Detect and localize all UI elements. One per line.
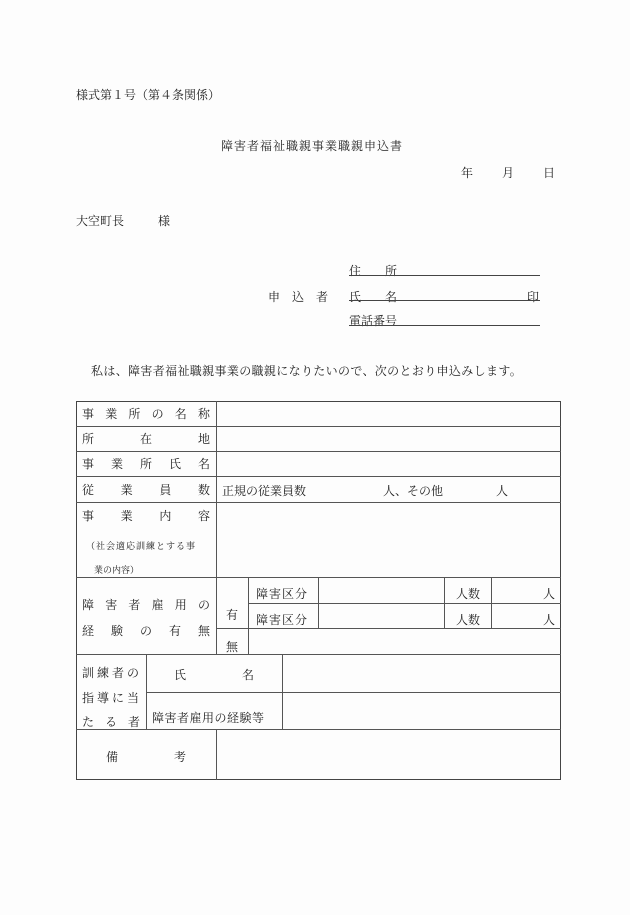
applicant-label: 申 込 者 [268,288,328,305]
trainer-experience-label: 障害者雇用の経験等 [152,709,265,726]
office-owner-label: 事業所氏名 [82,451,210,476]
regular-employees-field[interactable] [320,480,380,498]
document-title: 障害者福祉職親事業職親申込書 [221,137,403,154]
headcount-field-2[interactable] [492,604,542,628]
regular-employees-label: 正規の従業員数 [222,482,306,499]
applicant-address-label: 住 所 [349,262,397,279]
trainer-name-label: 氏名 [174,664,254,684]
business-content-note-1: （社会適応訓練とする事 [86,539,196,552]
form-number: 様式第１号（第４条関係） [76,86,220,103]
applicant-address-field[interactable] [410,262,538,276]
office-name-label: 事業所の名称 [82,401,210,426]
date-year-label: 年 [461,164,473,181]
trainer-label-line-1: 訓練者の [82,664,142,681]
office-name-field[interactable] [217,402,560,426]
experience-yes-option[interactable]: 有 [226,606,238,623]
seal-mark: 印 [527,288,539,305]
disability-category-field-2[interactable] [319,604,444,628]
headcount-label-1: 人数 [456,585,480,602]
trainer-label-line-2: 指導に当 [82,689,142,706]
business-content-note-2: 業の内容） [94,563,139,576]
trainer-name-field[interactable] [283,655,560,692]
addressee-honorific: 様 [158,212,170,229]
applicant-name-label: 氏 名 [349,288,397,305]
other-employees-field[interactable] [455,480,493,498]
trainer-experience-field[interactable] [283,693,560,729]
employees-label: 従業員数 [82,476,210,502]
applicant-phone-label: 電話番号 [349,312,397,329]
remarks-label: 備考 [106,748,186,764]
addressee: 大空町長 [76,212,124,229]
regular-employees-unit: 人、その他 [383,482,443,499]
headcount-unit-2: 人 [543,611,555,628]
experience-no-option[interactable]: 無 [226,638,238,655]
experience-no-field[interactable] [249,629,560,654]
business-content-field[interactable] [217,503,560,577]
business-content-label: 事業内容 [82,503,210,527]
experience-label-line-2: 経験の有無 [82,622,210,638]
remarks-field[interactable] [217,730,560,779]
headcount-label-2: 人数 [456,611,480,628]
headcount-unit-1: 人 [543,585,555,602]
headcount-field-1[interactable] [492,578,542,603]
applicant-address-underline [349,275,540,276]
date-month-label: 月 [502,164,514,181]
location-label: 所在地 [82,426,210,451]
office-owner-field[interactable] [217,452,560,476]
col-divider [146,654,147,729]
date-day-label: 日 [543,164,555,181]
experience-label-line-1: 障害者雇用の [82,596,210,612]
location-field[interactable] [217,427,560,451]
disability-category-label-2: 障害区分 [256,611,308,628]
applicant-phone-field[interactable] [410,312,538,326]
disability-category-label-1: 障害区分 [256,585,308,602]
trainer-label-line-3: たる者 [82,713,140,729]
disability-category-field-1[interactable] [319,578,444,603]
col-divider [444,577,445,628]
intro-text: 私は、障害者福祉職親事業の職親になりたいので、次のとおり申込みします。 [91,362,522,379]
applicant-phone-underline [349,325,540,326]
applicant-name-underline [349,300,540,301]
other-employees-unit: 人 [496,482,508,499]
